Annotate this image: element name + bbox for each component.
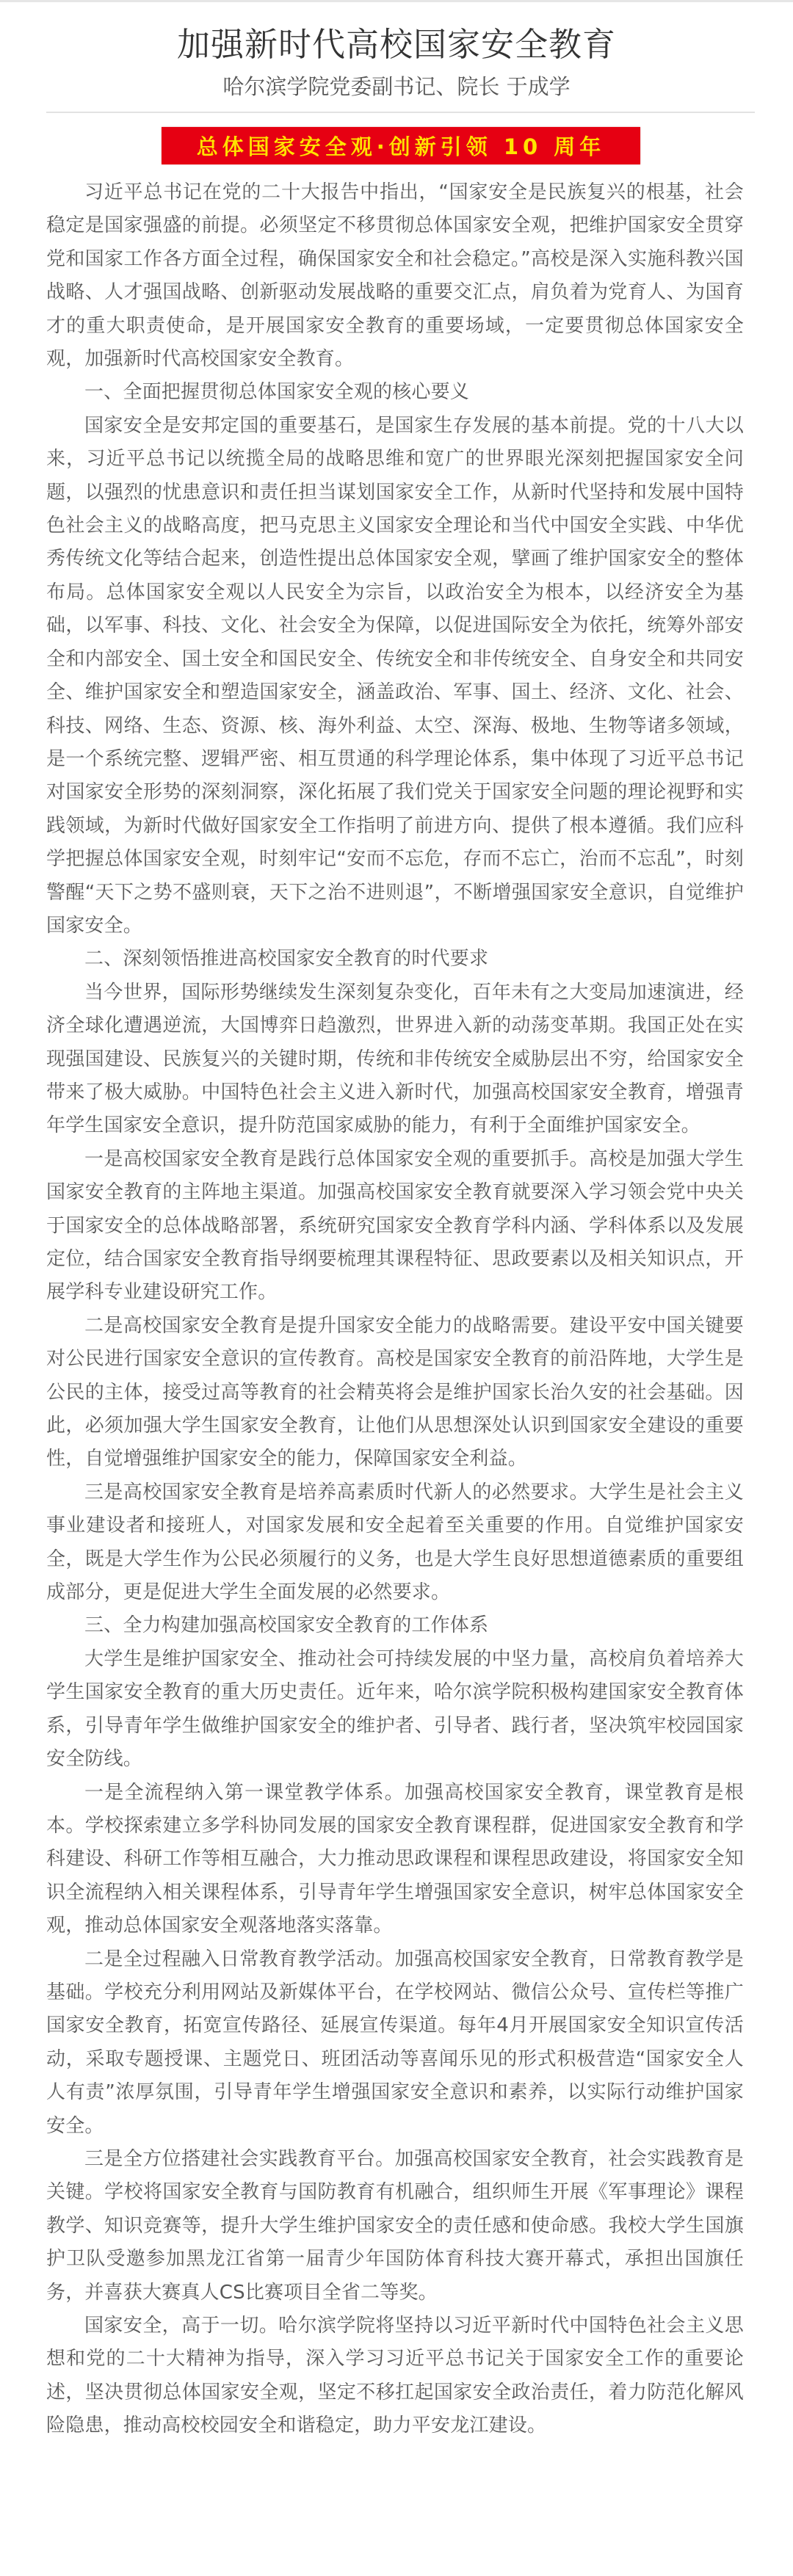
section-heading-1: 一、全面把握贯彻总体国家安全观的核心要义 [46, 376, 744, 409]
banner-text: 总体国家安全观·创新引领 10 周年 [197, 131, 606, 161]
paragraph: 三是高校国家安全教育是培养高素质时代新人的必然要求。大学生是社会主义事业建设者和… [46, 1476, 744, 1610]
paragraph: 三是全方位搭建社会实践教育平台。加强高校国家安全教育，社会实践教育是关键。学校将… [46, 2143, 744, 2310]
article-title: 加强新时代高校国家安全教育 [0, 19, 793, 70]
paragraph: 大学生是维护国家安全、推动社会可持续发展的中坚力量，高校肩负着培养大学生国家安全… [46, 1643, 744, 1777]
article-byline: 哈尔滨学院党委副书记、院长 于成学 [0, 70, 793, 103]
paragraph: 二是全过程融入日常教育教学活动。加强高校国家安全教育，日常教育教学是基础。学校充… [46, 1943, 744, 2143]
paragraph: 当今世界，国际形势继续发生深刻复杂变化，百年未有之大变局加速演进，经济全球化遭遇… [46, 976, 744, 1143]
paragraph: 一是高校国家安全教育是践行总体国家安全观的重要抓手。高校是加强大学生国家安全教育… [46, 1143, 744, 1310]
top-strip [0, 0, 793, 2]
header-divider [46, 112, 755, 113]
section-heading-3: 三、全力构建加强高校国家安全教育的工作体系 [46, 1609, 744, 1642]
paragraph: 二是高校国家安全教育是提升国家安全能力的战略需要。建设平安中国关键要对公民进行国… [46, 1310, 744, 1476]
paragraph: 国家安全是安邦定国的重要基石，是国家生存发展的基本前提。党的十八大以来，习近平总… [46, 410, 744, 943]
paragraph-conclusion: 国家安全，高于一切。哈尔滨学院将坚持以习近平新时代中国特色社会主义思想和党的二十… [46, 2310, 744, 2443]
paragraph-intro: 习近平总书记在党的二十大报告中指出，“国家安全是民族复兴的根基，社会稳定是国家强… [46, 176, 744, 376]
article-body: 习近平总书记在党的二十大报告中指出，“国家安全是民族复兴的根基，社会稳定是国家强… [46, 176, 744, 2443]
anniversary-banner: 总体国家安全观·创新引领 10 周年 [162, 127, 640, 164]
paragraph: 一是全流程纳入第一课堂教学体系。加强高校国家安全教育，课堂教育是根本。学校探索建… [46, 1777, 744, 1943]
section-heading-2: 二、深刻领悟推进高校国家安全教育的时代要求 [46, 943, 744, 976]
